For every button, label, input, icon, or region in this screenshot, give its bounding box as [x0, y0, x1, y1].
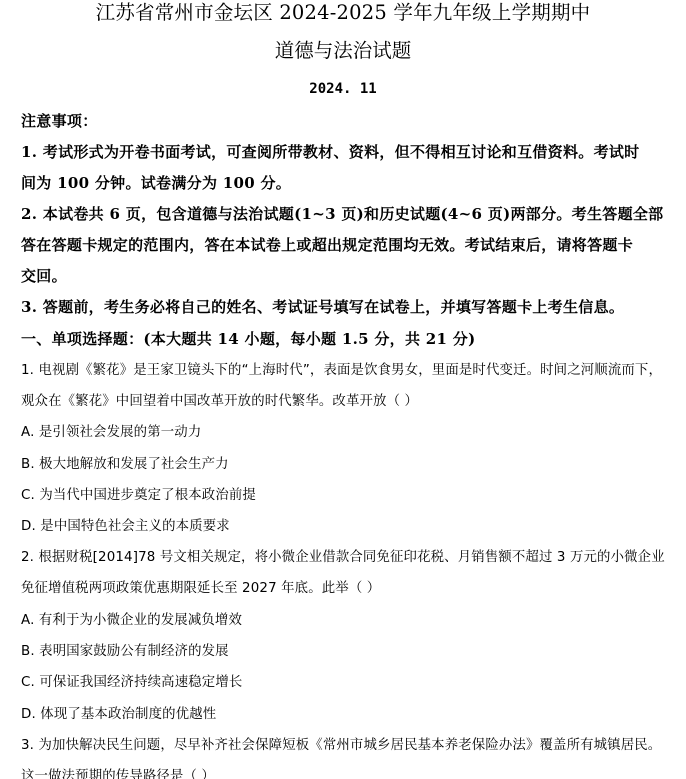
question-stem: 1. 电视剧《繁花》是王家卫镜头下的“上海时代”，表面是饮食男女，里面是时代变迁… — [21, 361, 662, 381]
question-option: A. 是引领社会发展的第一动力 — [21, 423, 201, 443]
question-stem: 免征增值税两项政策优惠期限延长至 2027 年底。此举（ ） — [21, 579, 380, 599]
section-heading: 一、单项选择题：(本大题共 14 小题，每小题 1.5 分，共 21 分) — [21, 329, 475, 349]
question-option: B. 表明国家鼓励公有制经济的发展 — [21, 642, 229, 662]
notice-line: 1. 考试形式为开卷书面考试，可查阅所带教材、资料，但不得相互讨论和互借资料。考… — [21, 142, 640, 162]
question-option: D. 体现了基本政治制度的优越性 — [21, 705, 216, 725]
question-option: C. 可保证我国经济持续高速稳定增长 — [21, 673, 242, 693]
notice-line: 答在答题卡规定的范围内，答在本试卷上或超出规定范围均无效。考试结束后，请将答题卡 — [21, 235, 633, 255]
notice-line: 2. 本试卷共 6 页，包含道德与法治试题(1~3 页)和历史试题(4~6 页)… — [21, 204, 663, 224]
question-stem: 这一做法预期的传导路径是（ ） — [21, 767, 215, 779]
question-stem: 3. 为加快解决民生问题，尽早补齐社会保障短板《常州市城乡居民基本养老保险办法》… — [21, 736, 661, 756]
question-option: A. 有利于为小微企业的发展减负增效 — [21, 611, 242, 631]
question-stem: 2. 根据财税[2014]78 号文相关规定，将小微企业借款合同免征印花税、月销… — [21, 548, 665, 568]
question-option: C. 为当代中国进步奠定了根本政治前提 — [21, 486, 256, 506]
exam-page: 江苏省常州市金坛区 2024-2025 学年九年级上学期期中 道德与法治试题 2… — [0, 0, 686, 779]
notice-heading: 注意事项： — [21, 111, 98, 131]
notice-line: 间为 100 分钟。试卷满分为 100 分。 — [21, 173, 291, 193]
exam-subtitle: 道德与法治试题 — [0, 38, 686, 64]
exam-date: 2024. 11 — [0, 79, 686, 99]
question-option: B. 极大地解放和发展了社会生产力 — [21, 455, 229, 475]
question-option: D. 是中国特色社会主义的本质要求 — [21, 517, 230, 537]
notice-line: 交回。 — [21, 266, 67, 286]
exam-title: 江苏省常州市金坛区 2024-2025 学年九年级上学期期中 — [0, 0, 686, 26]
question-stem: 观众在《繁花》中回望着中国改革开放的时代繁华。改革开放（ ） — [21, 392, 418, 412]
notice-line: 3. 答题前，考生务必将自己的姓名、考试证号填写在试卷上，并填写答题卡上考生信息… — [21, 297, 624, 317]
